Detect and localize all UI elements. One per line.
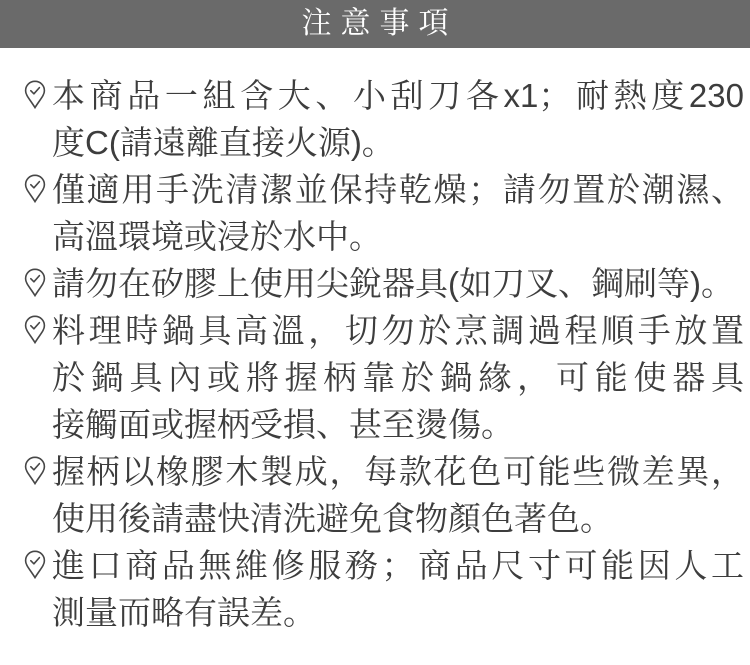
note-line: 接觸面或握柄受損、甚至燙傷。 [52, 401, 744, 448]
note-line: 高溫環境或浸於水中。 [52, 213, 744, 260]
list-item: 料理時鍋具高溫，切勿於烹調過程順手放置 於鍋具內或將握柄靠於鍋緣，可能使器具 接… [24, 307, 744, 448]
note-text: 本商品一組含大、小刮刀各x1；耐熱度230 度C(請遠離直接火源)。 [52, 72, 744, 166]
pin-check-icon [24, 456, 46, 486]
list-item: 握柄以橡膠木製成，每款花色可能些微差異， 使用後請盡快清洗避免食物顏色著色。 [24, 448, 744, 542]
note-text: 進口商品無維修服務；商品尺寸可能因人工 測量而略有誤差。 [52, 542, 744, 636]
note-line: 請勿在矽膠上使用尖銳器具(如刀叉、鋼刷等)。 [52, 260, 744, 307]
list-item: 請勿在矽膠上使用尖銳器具(如刀叉、鋼刷等)。 [24, 260, 744, 307]
pin-check-icon [24, 550, 46, 580]
note-line: 使用後請盡快清洗避免食物顏色著色。 [52, 495, 744, 542]
note-line: 測量而略有誤差。 [52, 589, 744, 636]
pin-check-icon [24, 174, 46, 204]
note-line: 進口商品無維修服務；商品尺寸可能因人工 [52, 542, 744, 589]
list-item: 本商品一組含大、小刮刀各x1；耐熱度230 度C(請遠離直接火源)。 [24, 72, 744, 166]
note-line: 料理時鍋具高溫，切勿於烹調過程順手放置 [52, 307, 744, 354]
note-line: 本商品一組含大、小刮刀各x1；耐熱度230 [52, 72, 744, 119]
section-title: 注意事項 [293, 9, 458, 39]
product-notice-section: 注意事項 本商品一組含大、小刮刀各x1；耐熱度230 度C(請遠離直接火源)。 [0, 0, 750, 665]
list-item: 進口商品無維修服務；商品尺寸可能因人工 測量而略有誤差。 [24, 542, 744, 636]
section-header: 注意事項 [0, 0, 750, 48]
pin-check-icon [24, 315, 46, 345]
note-line: 握柄以橡膠木製成，每款花色可能些微差異， [52, 448, 744, 495]
note-text: 僅適用手洗清潔並保持乾燥；請勿置於潮濕、 高溫環境或浸於水中。 [52, 166, 744, 260]
note-line: 僅適用手洗清潔並保持乾燥；請勿置於潮濕、 [52, 166, 744, 213]
note-line: 於鍋具內或將握柄靠於鍋緣，可能使器具 [52, 354, 744, 401]
note-text: 握柄以橡膠木製成，每款花色可能些微差異， 使用後請盡快清洗避免食物顏色著色。 [52, 448, 744, 542]
note-line: 度C(請遠離直接火源)。 [52, 119, 744, 166]
pin-check-icon [24, 80, 46, 110]
list-item: 僅適用手洗清潔並保持乾燥；請勿置於潮濕、 高溫環境或浸於水中。 [24, 166, 744, 260]
pin-check-icon [24, 268, 46, 298]
note-text: 請勿在矽膠上使用尖銳器具(如刀叉、鋼刷等)。 [52, 260, 744, 307]
notes-list: 本商品一組含大、小刮刀各x1；耐熱度230 度C(請遠離直接火源)。 僅適用手洗… [0, 48, 750, 636]
note-text: 料理時鍋具高溫，切勿於烹調過程順手放置 於鍋具內或將握柄靠於鍋緣，可能使器具 接… [52, 307, 744, 448]
